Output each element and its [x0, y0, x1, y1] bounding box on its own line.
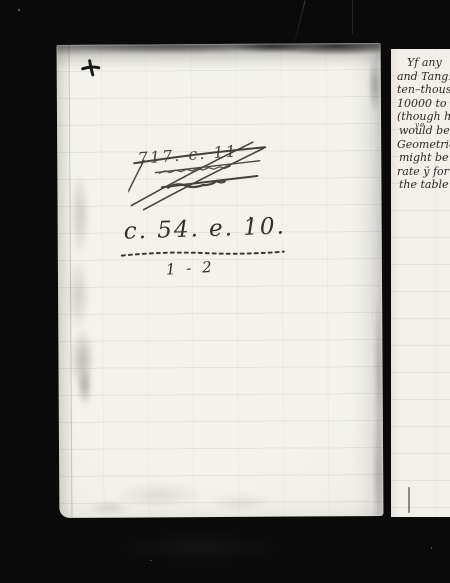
- shelfmark-text: c. 54. e. 10.: [123, 213, 286, 244]
- left-page: 717. c. 11 c. 54. e. 10. 1 - 2: [57, 43, 384, 518]
- manuscript-line: and Tang:: [397, 70, 450, 84]
- top-edge-smudge: [57, 43, 381, 69]
- paper-specks: [391, 49, 393, 51]
- leaf-range-text: 1 - 2: [165, 258, 215, 279]
- cancelled-shelfmark-block: 717. c. 11: [125, 137, 280, 218]
- strikethrough-scribbles: [125, 137, 280, 218]
- interlinear-insertion: ye: [415, 119, 425, 133]
- film-scratch: [293, 1, 305, 46]
- manuscript-line: the table: [399, 178, 450, 192]
- film-scratch: [352, 0, 353, 34]
- scanned-book-photograph: { "scan": { "background_color": "#0a0a0a…: [0, 0, 450, 583]
- manuscript-line: rate ỹ for: [397, 165, 450, 179]
- ink-mark: [408, 487, 410, 513]
- dust-speck: [431, 547, 432, 549]
- manuscript-line: 10000 to 20: [397, 97, 450, 111]
- scan-glow: [90, 525, 310, 570]
- manuscript-line: might be a: [399, 151, 450, 165]
- manuscript-text-block: Yf any and Tang: ten–thousa 10000 to 20 …: [397, 56, 450, 192]
- right-page: Yf any and Tang: ten–thousa 10000 to 20 …: [391, 49, 450, 517]
- manuscript-line: Yf any: [407, 56, 450, 70]
- paper-specks: [57, 45, 59, 47]
- left-margin-smudge: [63, 175, 101, 425]
- plus-mark-icon: [81, 59, 101, 77]
- dust-speck: [18, 9, 20, 11]
- manuscript-line: ye would be a: [399, 124, 450, 138]
- manuscript-line: ten–thousa: [397, 83, 450, 97]
- gutter-side-smudge: [351, 43, 384, 516]
- manuscript-line: Geometrica: [397, 138, 450, 152]
- bottom-stain: [69, 445, 299, 518]
